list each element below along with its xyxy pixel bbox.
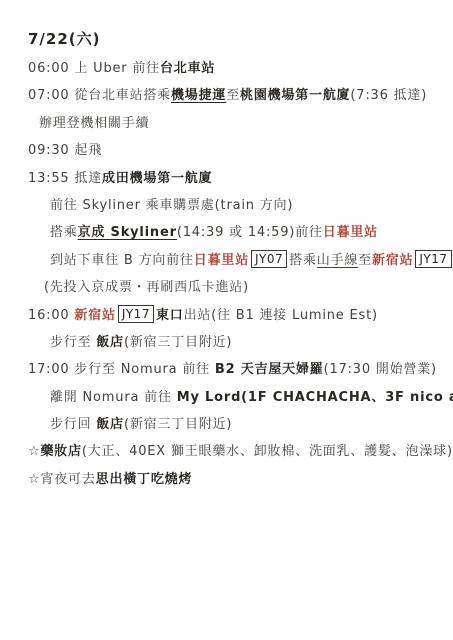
- itinerary-line: 前往 Skyliner 乘車購票處(train 方向): [28, 192, 445, 219]
- text-segment: 步行至: [50, 335, 96, 350]
- text-segment: B2 天吉屋天婦羅: [215, 362, 324, 377]
- text-segment: ☆: [28, 444, 40, 459]
- text-segment: 步行回: [50, 417, 96, 432]
- itinerary-line: 步行至 飯店(新宿三丁目附近): [28, 329, 445, 356]
- text-segment: 16:00: [28, 308, 74, 323]
- text-segment: 吃燒烤: [151, 472, 192, 487]
- text-segment: ☆宵夜可去: [28, 472, 96, 487]
- text-segment: (1F CHACHACHA、3F nico and、6F LOFT): [241, 390, 453, 405]
- text-segment: 17:00 步行至 Nomura 前往: [28, 362, 215, 377]
- text-segment: 09:30 起飛: [28, 143, 102, 158]
- text-segment: (7:36 抵達): [350, 88, 427, 103]
- itinerary-line: 到站下車往 B 方向前往日暮里站JY07搭乘山手線至新宿站JY17: [28, 247, 445, 274]
- itinerary-line: 離開 Nomura 前往 My Lord(1F CHACHACHA、3F nic…: [28, 384, 445, 411]
- text-segment: 東口: [156, 308, 184, 323]
- text-segment: 飯店: [96, 417, 124, 432]
- itinerary-line: ☆藥妝店(大正、40EX 獅王眼藥水、卸妝棉、洗面乳、護髮、泡澡球): [28, 438, 445, 465]
- date-title: 7/22(六): [28, 30, 445, 48]
- text-segment: (新宿三丁目附近): [124, 335, 232, 350]
- text-segment: (先投入京成票・再刷西瓜卡進站): [44, 280, 249, 295]
- text-segment: 搭乘: [50, 225, 78, 240]
- itinerary-line: ☆宵夜可去思出橫丁吃燒烤: [28, 466, 445, 493]
- text-segment: (14:39 或 14:59)前往: [177, 225, 323, 240]
- text-segment: (新宿三丁目附近): [124, 417, 232, 432]
- itinerary-line: 17:00 步行至 Nomura 前往 B2 天吉屋天婦羅(17:30 開始營業…: [28, 356, 445, 383]
- text-segment: 07:00 從台北車站搭乘: [28, 88, 171, 103]
- text-segment: 桃園機場第一航廈: [240, 88, 350, 103]
- itinerary-page: 7/22(六) 06:00 上 Uber 前往台北車站07:00 從台北車站搭乘…: [0, 0, 453, 640]
- text-segment: 搭乘: [289, 253, 317, 268]
- text-segment: (大正、40EX 獅王眼藥水、卸妝棉、洗面乳、護髮、泡澡球): [82, 444, 453, 459]
- itinerary-line: 16:00 新宿站JY17東口出站(往 B1 連接 Lumine Est): [28, 302, 445, 329]
- itinerary-line: 07:00 從台北車站搭乘機場捷運至桃園機場第一航廈(7:36 抵達): [28, 82, 445, 109]
- itinerary-line: 06:00 上 Uber 前往台北車站: [28, 55, 445, 82]
- text-segment: 至: [358, 253, 372, 268]
- itinerary-line: 搭乘京成 Skyliner(14:39 或 14:59)前往日暮里站: [28, 219, 445, 246]
- text-segment: 台北車站: [160, 61, 215, 76]
- text-segment: 到站下車往 B 方向前往: [50, 253, 194, 268]
- itinerary-line: 09:30 起飛: [28, 137, 445, 164]
- station-name: 日暮里站: [194, 253, 249, 268]
- text-segment: 辦理登機相關手續: [39, 116, 149, 131]
- text-segment: 藥妝店: [40, 444, 81, 459]
- text-segment: 山手線: [317, 253, 358, 268]
- text-segment: 成田機場第一航廈: [102, 171, 212, 186]
- text-segment: 前往 Skyliner 乘車購票處(train 方向): [50, 198, 293, 213]
- text-segment: 離開 Nomura 前往: [50, 390, 177, 405]
- station-code-badge: JY17: [415, 250, 451, 268]
- station-code-badge: JY07: [251, 250, 287, 268]
- text-segment: My Lord: [177, 390, 241, 405]
- station-name: 新宿站: [74, 308, 115, 323]
- text-segment: (17:30 開始營業): [324, 362, 437, 377]
- itinerary-lines: 06:00 上 Uber 前往台北車站07:00 從台北車站搭乘機場捷運至桃園機…: [28, 55, 445, 493]
- station-code-badge: JY17: [118, 305, 154, 323]
- itinerary-line: 辦理登機相關手續: [28, 110, 445, 137]
- station-name: 新宿站: [372, 253, 413, 268]
- text-segment: 思出橫丁: [96, 472, 151, 487]
- text-segment: 出站(往 B1 連接 Lumine Est): [184, 308, 378, 323]
- itinerary-line: 13:55 抵達成田機場第一航廈: [28, 165, 445, 192]
- text-segment: 機場捷運: [171, 88, 226, 103]
- text-segment: 飯店: [96, 335, 124, 350]
- text-segment: 京成 Skyliner: [78, 225, 177, 240]
- itinerary-line: 步行回 飯店(新宿三丁目附近): [28, 411, 445, 438]
- itinerary-line: (先投入京成票・再刷西瓜卡進站): [28, 274, 445, 301]
- text-segment: 13:55 抵達: [28, 171, 102, 186]
- text-segment: 至: [226, 88, 240, 103]
- text-segment: 06:00 上 Uber 前往: [28, 61, 160, 76]
- station-name: 日暮里站: [323, 225, 378, 240]
